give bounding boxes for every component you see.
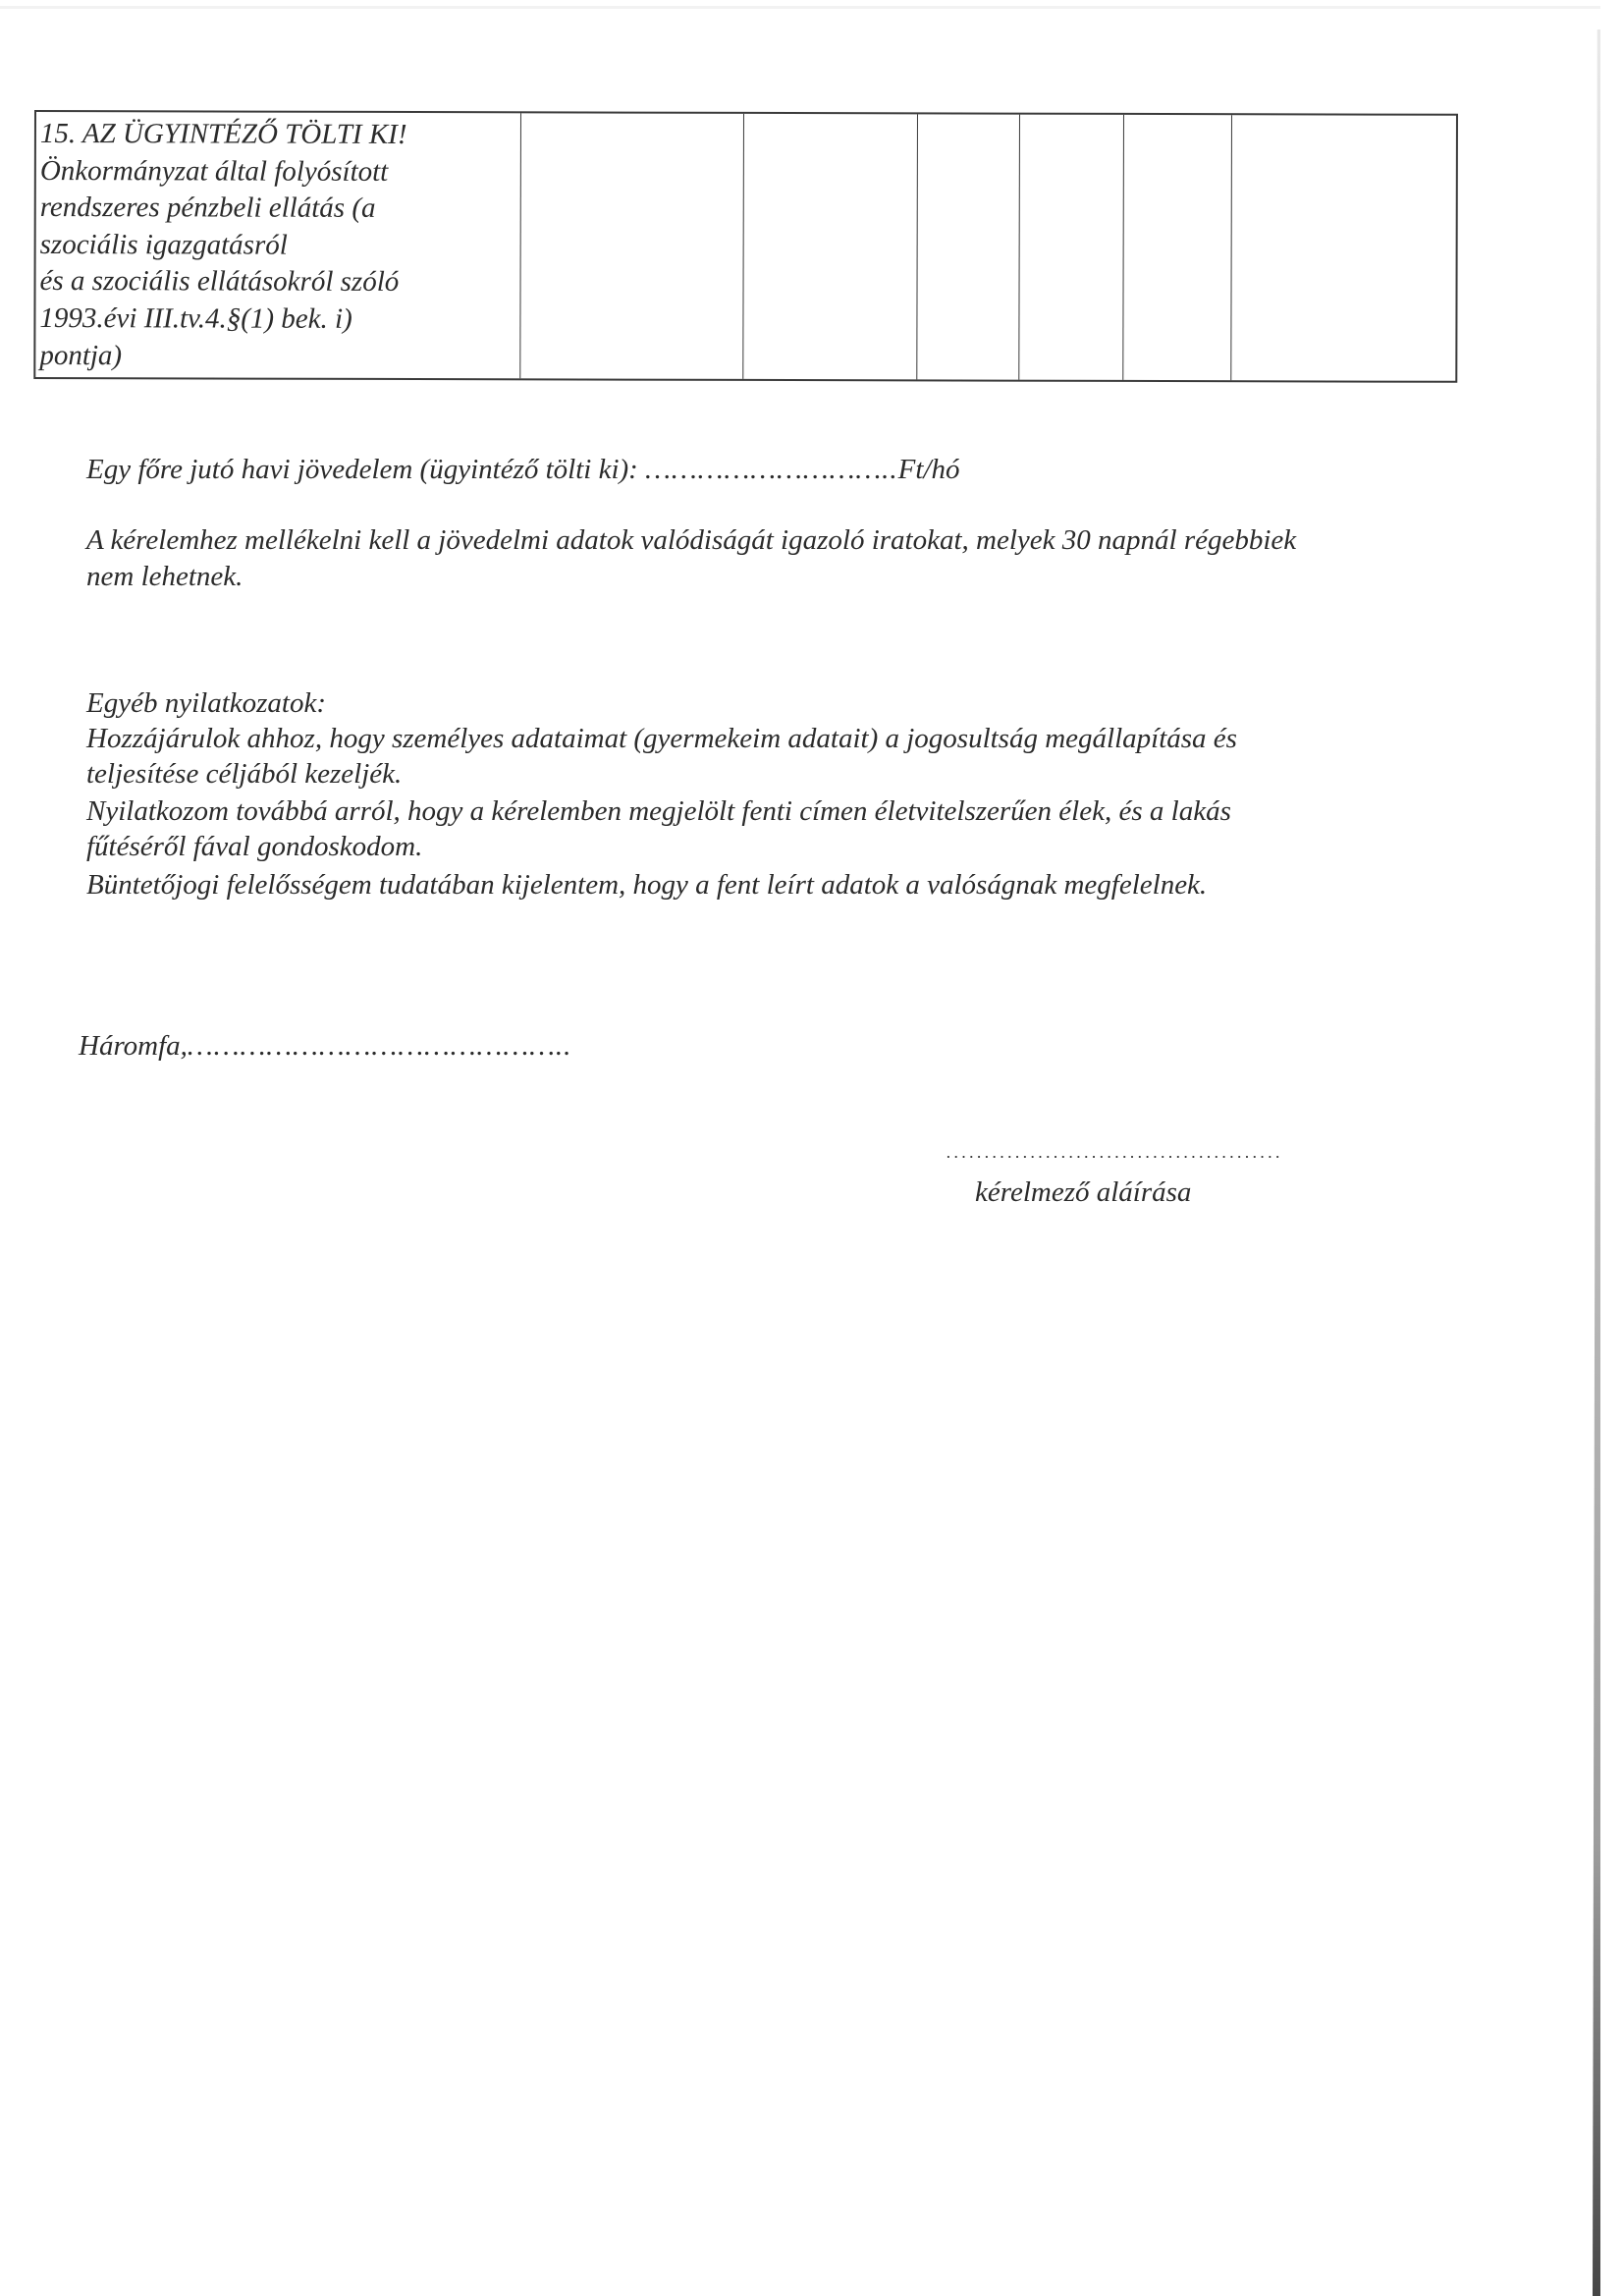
table-cell-4[interactable] [1018, 115, 1020, 380]
declaration-line: fűtéséről fával gondoskodom. [86, 829, 422, 864]
table-cell-5[interactable] [1122, 115, 1124, 380]
date-blank-field[interactable]: …………………………………….. [188, 1030, 572, 1062]
income-blank-field[interactable]: ……………………….. [645, 454, 898, 485]
attachment-note-line-1: A kérelemhez mellékelni kell a jövedelmi… [86, 522, 1296, 558]
scan-edge-shadow [1593, 29, 1600, 2296]
place-label: Háromfa, [79, 1030, 188, 1062]
declaration-line: teljesítése céljából kezeljék. [86, 756, 402, 792]
table-cell-1[interactable] [519, 113, 521, 378]
declaration-line: Büntetőjogi felelősségem tudatában kijel… [86, 867, 1207, 902]
signature-blank-field[interactable] [945, 1155, 1283, 1159]
attachment-note-line-2: nem lehetnek. [86, 559, 243, 594]
table-cell-3[interactable] [916, 114, 918, 379]
table-cell-6[interactable] [1230, 115, 1232, 380]
declarations-heading: Egyéb nyilatkozatok: [86, 685, 326, 721]
declaration-line: Hozzájárulok ahhoz, hogy személyes adata… [86, 721, 1237, 756]
income-line: Egy főre jutó havi jövedelem (ügyintéző … [86, 452, 960, 487]
table-row-label: 15. AZ ÜGYINTÉZŐ TÖLTI KI! Önkormányzat … [35, 112, 520, 375]
administrator-table: 15. AZ ÜGYINTÉZŐ TÖLTI KI! Önkormányzat … [33, 110, 1458, 383]
table-cell-2[interactable] [742, 114, 744, 379]
declaration-line: Nyilatkozom továbbá arról, hogy a kérele… [86, 793, 1231, 829]
scan-edge-top [0, 6, 1600, 9]
income-label: Egy főre jutó havi jövedelem (ügyintéző … [86, 454, 638, 485]
place-date-line: Háromfa,…………………………………….. [79, 1028, 571, 1064]
signature-label: kérelmező aláírása [975, 1175, 1191, 1210]
income-unit: Ft/hó [898, 454, 960, 485]
